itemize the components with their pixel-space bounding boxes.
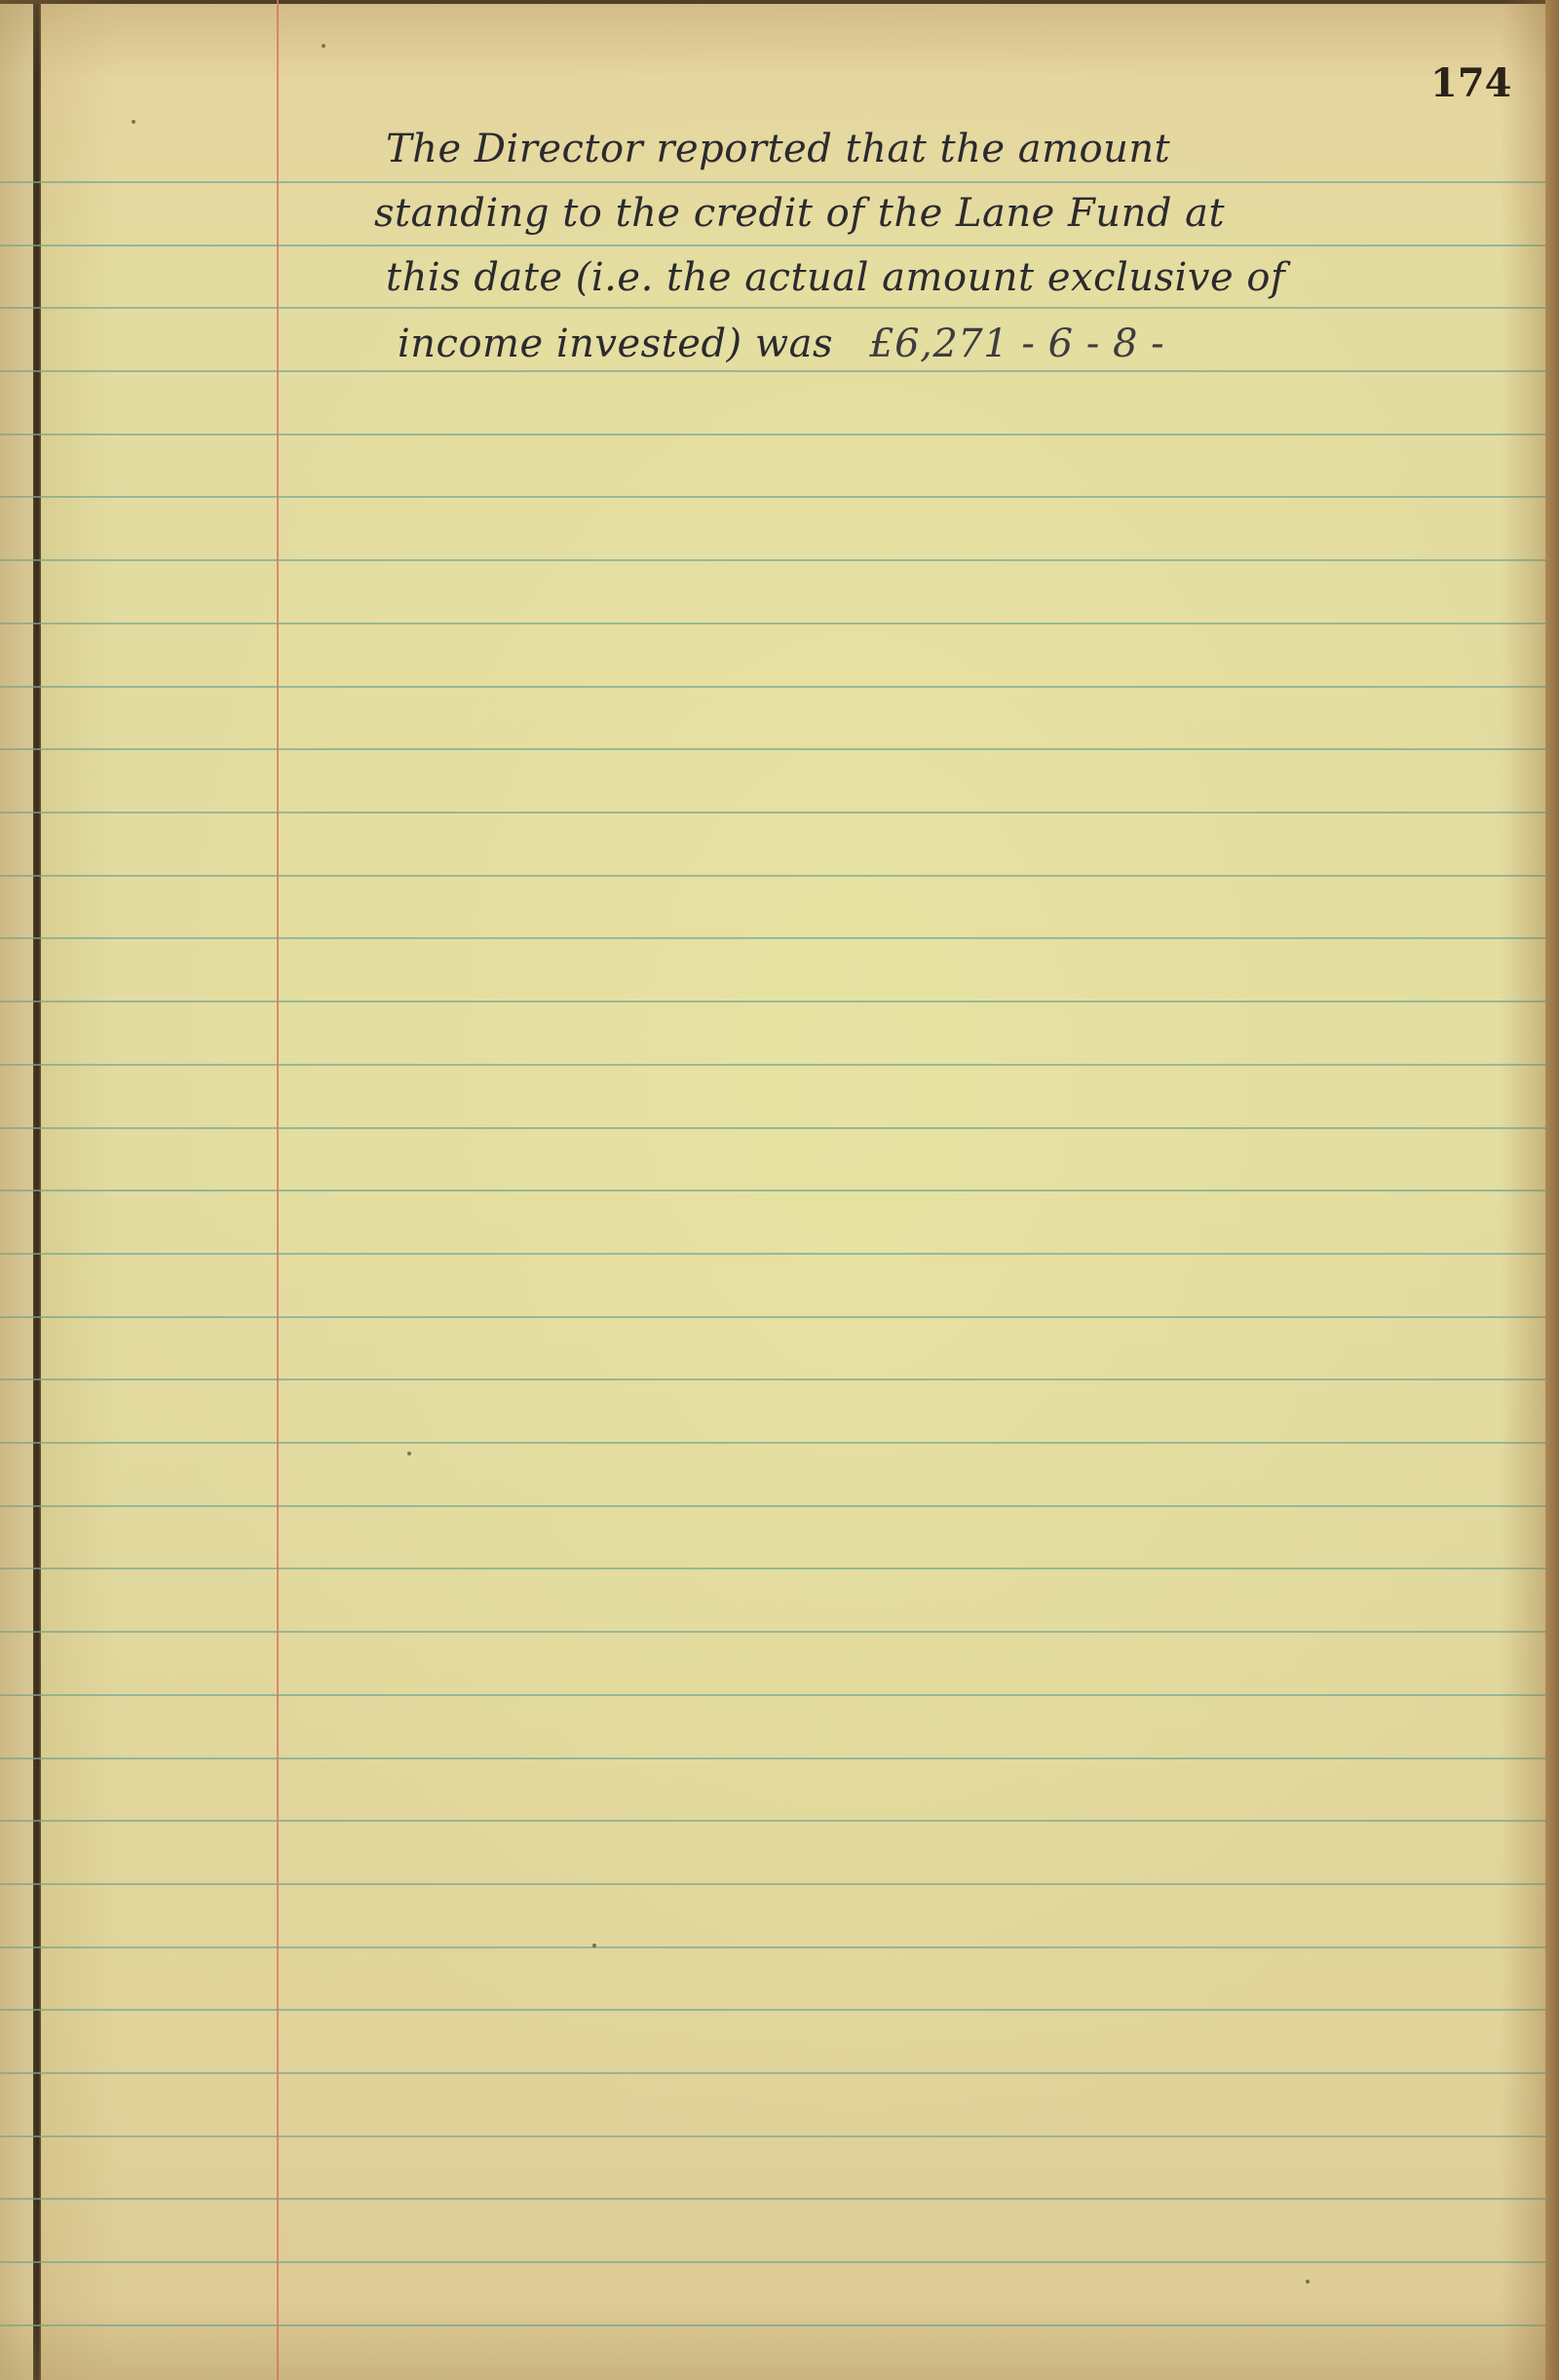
margin-line <box>277 0 279 2380</box>
rule-line <box>0 2009 1547 2011</box>
entry-line-4: income invested) was £6,271 - 6 - 8 - <box>398 321 1164 366</box>
paper-speck <box>407 1452 411 1455</box>
rule-line <box>0 1001 1547 1002</box>
entry-line-4-text: income invested) was <box>398 321 833 366</box>
entry-line-3: this date (i.e. the actual amount exclus… <box>386 255 1285 300</box>
rule-line <box>0 1379 1547 1380</box>
rule-line <box>0 1127 1547 1129</box>
rule-line <box>0 1568 1547 1569</box>
rule-line <box>0 2198 1547 2200</box>
rule-line <box>0 1190 1547 1191</box>
rule-line <box>0 559 1547 561</box>
rule-line <box>0 2072 1547 2074</box>
ledger-page: 174 The Director reported that the amoun… <box>0 0 1559 2380</box>
rule-line <box>0 1946 1547 1948</box>
rule-line <box>0 875 1547 877</box>
rule-line <box>0 370 1547 372</box>
paper-speck <box>1306 2280 1310 2284</box>
paper-speck <box>132 120 135 124</box>
rule-line <box>0 1064 1547 1066</box>
page-number: 174 <box>1430 60 1512 106</box>
rule-line <box>0 937 1547 939</box>
paper-speck <box>592 1944 596 1947</box>
rule-line <box>0 1883 1547 1885</box>
entry-line-1: The Director reported that the amount <box>386 127 1170 171</box>
rule-line <box>0 812 1547 813</box>
rule-line <box>0 1820 1547 1822</box>
entry-line-2: standing to the credit of the Lane Fund … <box>374 191 1225 236</box>
page-right-edge <box>1545 0 1559 2380</box>
rule-line <box>0 307 1547 309</box>
rule-line <box>0 1316 1547 1318</box>
fund-amount: £6,271 - 6 - 8 - <box>869 321 1164 366</box>
page-top-edge <box>0 0 1559 4</box>
rule-line <box>0 496 1547 498</box>
rule-line <box>0 2135 1547 2137</box>
rule-line <box>0 245 1547 246</box>
rule-line <box>0 1757 1547 1759</box>
rule-line <box>0 623 1547 624</box>
rule-line <box>0 1253 1547 1255</box>
rule-line <box>0 748 1547 750</box>
rule-line <box>0 1505 1547 1507</box>
rule-line <box>0 2324 1547 2326</box>
rule-line <box>0 434 1547 435</box>
rule-line <box>0 2261 1547 2263</box>
rule-line <box>0 181 1547 183</box>
rule-line <box>0 686 1547 688</box>
rule-line <box>0 1694 1547 1696</box>
rule-line <box>0 1631 1547 1633</box>
paper-speck <box>322 44 325 48</box>
rule-line <box>0 1442 1547 1444</box>
